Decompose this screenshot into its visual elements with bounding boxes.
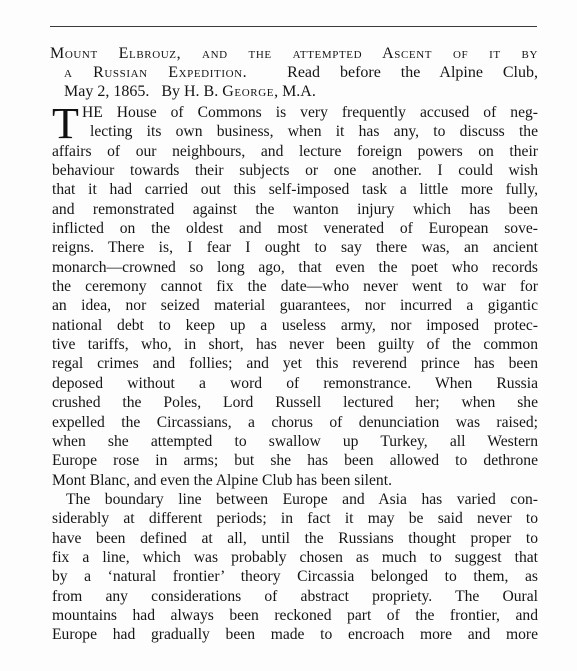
title-degree: , M.A. [274, 83, 316, 100]
body-line: The boundary line between Europe and Asi… [52, 490, 538, 509]
body-line: that it had carried out this self-impose… [52, 180, 538, 199]
body-line: behaviour towards their subjects or one … [52, 161, 538, 180]
title-by: By H. B. [161, 83, 218, 100]
body-line: tive tariffs, who, in short, has never b… [52, 335, 538, 354]
body-line: by a ‘natural frontier’ theory Circassia… [52, 567, 538, 586]
header-rule [50, 26, 537, 27]
body-line: the ceremony cannot fix the date—who nev… [52, 277, 538, 296]
body-line: from any considerations of abstract prop… [52, 587, 538, 606]
article-title: Mount Elbrouz, and the attempted Ascent … [50, 44, 538, 101]
drop-cap: T [52, 105, 79, 143]
title-expedition: a Russian Expedition. [64, 64, 247, 81]
body-line: deposed without a word of remonstrance. … [52, 374, 538, 393]
body-line: Europe rose in arms; but she has been al… [52, 451, 538, 470]
body-line: lecting its own business, when it has an… [52, 122, 538, 141]
body-line: fix a line, which was probably chosen as… [52, 548, 538, 567]
article-body: T HE House of Commons is very frequently… [52, 103, 538, 645]
title-author: George [222, 83, 274, 100]
title-read-before: Read before the Alpine Club, [287, 64, 538, 81]
body-line: HE House of Commons is very frequently a… [52, 103, 538, 122]
body-line: have been defined at all, until the Russ… [52, 529, 538, 548]
document-page: Mount Elbrouz, and the attempted Ascent … [0, 0, 577, 671]
title-date: May 2, 1865. [64, 83, 149, 100]
body-line: crushed the Poles, Lord Russell lectured… [52, 393, 538, 412]
title-line-1: Mount Elbrouz, and the attempted Ascent … [50, 44, 538, 63]
body-line: mountains had always been reckoned part … [52, 606, 538, 625]
body-line: and remonstrated against the wanton inju… [52, 200, 538, 219]
body-line: Europe had gradually been made to encroa… [52, 625, 538, 644]
body-line: Mont Blanc, and even the Alpine Club has… [52, 471, 538, 490]
body-line: regal crimes and follies; and yet this r… [52, 354, 538, 373]
body-line: siderably at different periods; in fact … [52, 509, 538, 528]
body-line: national debt to keep up a useless army,… [52, 316, 538, 335]
body-line: expelled the Circassians, a chorus of de… [52, 413, 538, 432]
body-line: an idea, nor seized material guarantees,… [52, 296, 538, 315]
title-line-2: a Russian Expedition. Read before the Al… [50, 63, 538, 82]
body-line: monarch—crowned so long ago, that even t… [52, 258, 538, 277]
body-line: when she attempted to swallow up Turkey,… [52, 432, 538, 451]
body-line: inflicted on the oldest and most venerat… [52, 219, 538, 238]
body-line: affairs of our neighbours, and lecture f… [52, 142, 538, 161]
title-line-3: May 2, 1865. By H. B. George, M.A. [50, 82, 538, 101]
body-line: reigns. There is, I fear I ought to say … [52, 238, 538, 257]
